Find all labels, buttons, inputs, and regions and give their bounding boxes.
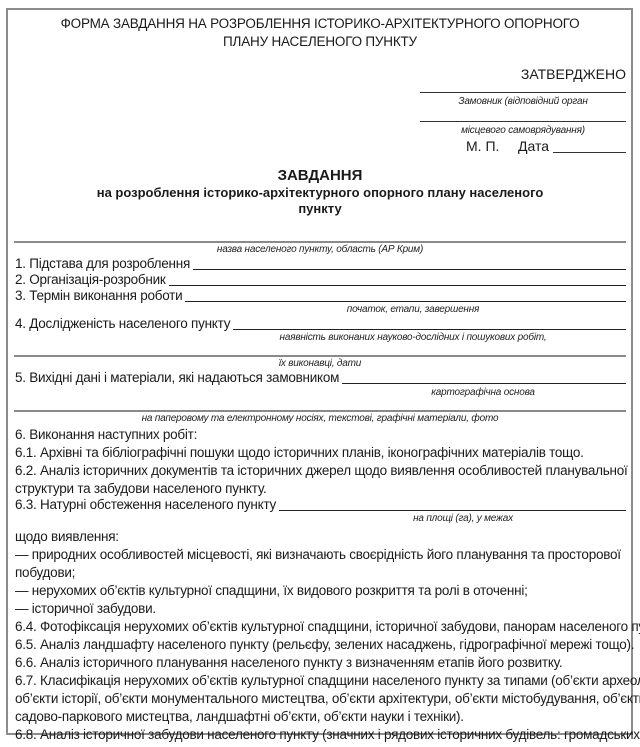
approval-stamp: ЗАТВЕРДЖЕНО <box>521 66 626 82</box>
field-basis: 1. Підстава для розроблення <box>15 256 626 272</box>
task-subtitle-line-1: на розроблення історико-архітектурного о… <box>0 185 640 200</box>
item-6-7-line-1: 6.7. Класифікація нерухомих об’єктів кул… <box>15 672 640 690</box>
field-developer-input[interactable] <box>169 273 626 286</box>
item-6-7-line-2: об’єкти історії, об’єкти монументального… <box>15 690 640 708</box>
date-field[interactable] <box>553 152 626 153</box>
bullet-1-line-2: побудови; <box>15 564 75 582</box>
identify-heading: щодо виявлення: <box>15 528 119 546</box>
customer-signature-line-2[interactable] <box>420 121 626 122</box>
item-6-7-line-3: садово-паркового мистецтва, ландшафтні о… <box>15 708 464 726</box>
item-6-3-input[interactable] <box>279 498 626 511</box>
item-6-3: 6.3. Натурні обстеження населеного пункт… <box>15 497 626 513</box>
item-6-1: 6.1. Архівні та бібліографічні пошуки що… <box>15 444 584 462</box>
field-source-data-continuation[interactable] <box>14 410 626 412</box>
field-source-data-input[interactable] <box>342 371 626 384</box>
bullet-3: — історичної забудови. <box>15 600 156 618</box>
item-6-5: 6.5. Аналіз ландшафту населеного пункту … <box>15 636 634 654</box>
form-title-line-1: ФОРМА ЗАВДАННЯ НА РОЗРОБЛЕННЯ ІСТОРИКО-А… <box>0 16 640 31</box>
date-label: Дата <box>518 138 549 154</box>
field-basis-input[interactable] <box>193 257 626 270</box>
field-research-input[interactable] <box>233 317 626 330</box>
form-title-line-2: ПЛАНУ НАСЕЛЕНОГО ПУНКТУ <box>0 34 640 49</box>
seal-label: М. П. <box>466 138 499 154</box>
task-title: ЗАВДАННЯ <box>0 167 640 184</box>
item-6-8-line-1: 6.8. Аналіз історичної забудови населено… <box>15 726 640 744</box>
bullet-1-line-1: — природних особливостей місцевості, які… <box>15 546 621 564</box>
item-6-6: 6.6. Аналіз історичного планування насел… <box>15 654 562 672</box>
field-source-data-caption-2: на паперовому та електронному носіях, те… <box>14 413 626 424</box>
field-source-data-label: 5. Вихідні дані і матеріали, які надають… <box>15 370 342 386</box>
field-deadline-label: 3. Термін виконання роботи <box>15 288 185 304</box>
field-research-caption: наявність виконаних науково-дослідних і … <box>200 332 626 343</box>
section-6-heading: 6. Виконання наступних робіт: <box>15 426 197 444</box>
field-research: 4. Дослідженість населеного пункту <box>15 316 626 332</box>
settlement-caption: назва населеного пункту, область (АР Кри… <box>14 244 626 255</box>
bullet-2: — нерухомих об’єктів культурної спадщини… <box>15 582 528 600</box>
item-6-3-label: 6.3. Натурні обстеження населеного пункт… <box>15 497 279 513</box>
settlement-name-field[interactable] <box>14 241 626 243</box>
field-deadline-caption: початок, етапи, завершення <box>200 304 626 315</box>
field-basis-label: 1. Підстава для розроблення <box>15 256 193 272</box>
customer-caption-2: місцевого самоврядування) <box>420 125 626 136</box>
item-6-2-line-1: 6.2. Аналіз історичних документів та іст… <box>15 462 628 480</box>
customer-signature-line-1[interactable] <box>420 92 626 93</box>
field-developer-label: 2. Організація-розробник <box>15 272 169 288</box>
field-developer: 2. Організація-розробник <box>15 272 626 288</box>
field-source-data-caption: картографічна основа <box>340 387 626 398</box>
task-subtitle-line-2: пункту <box>0 201 640 216</box>
item-6-4: 6.4. Фотофіксація нерухомих об’єктів кул… <box>15 618 640 636</box>
field-research-continuation[interactable] <box>14 355 626 357</box>
item-6-3-caption: на площі (га), у межах <box>300 513 626 524</box>
field-research-caption-2: їх виконавці, дати <box>14 358 626 369</box>
customer-caption-1: Замовник (відповідний орган <box>420 96 626 107</box>
field-deadline-input[interactable] <box>185 289 626 302</box>
field-source-data: 5. Вихідні дані і матеріали, які надають… <box>15 370 626 386</box>
field-research-label: 4. Дослідженість населеного пункту <box>15 316 233 332</box>
item-6-2-line-2: структури та забудови населеного пункту. <box>15 480 266 498</box>
field-deadline: 3. Термін виконання роботи <box>15 288 626 304</box>
